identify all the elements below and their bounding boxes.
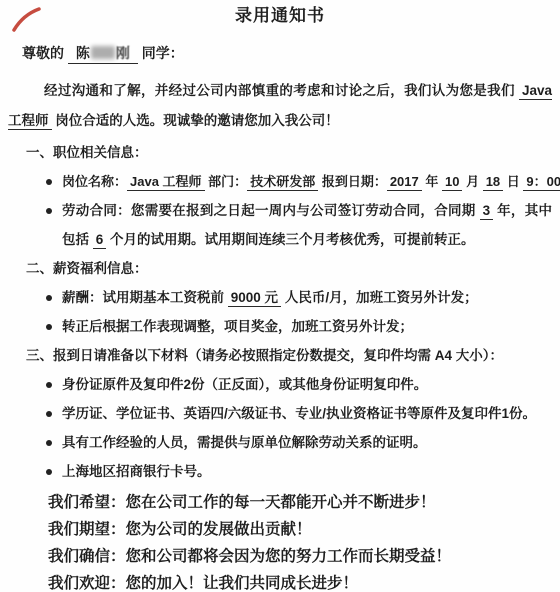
bullet-dot [46, 411, 52, 417]
salutation-line: 尊敬的 陈刚 同学： [22, 44, 552, 64]
salary-info-item: 薪酬：试用期基本工资税前 9000 元 人民币/月，加班工资另外计发； [38, 283, 552, 312]
material-item: 上海地区招商银行卡号。 [38, 457, 552, 486]
closing-line: 我们期望：您为公司的发展做出贡献！ [48, 516, 552, 543]
report-year-value: 2017 [387, 174, 422, 191]
offer-letter-document: 录用通知书 尊敬的 陈刚 同学： 经过沟通和了解，并经过公司内部慎重的考虑和讨论… [0, 6, 560, 592]
section1-heading: 一、职位相关信息： [26, 138, 552, 167]
red-pen-mark-icon [8, 6, 44, 34]
salary-adjust-item: 转正后根据工作表现调整，项目奖金，加班工资另外计发； [38, 312, 552, 341]
job-title-value: Java 工程师 [127, 174, 205, 191]
section2-heading: 二、薪资福利信息： [26, 254, 552, 283]
bullet-dot [46, 179, 52, 185]
contract-years-value: 3 [480, 203, 494, 220]
bullet-dot [46, 382, 52, 388]
report-day-value: 18 [483, 174, 503, 191]
closing-line: 我们希望：您在公司工作的每一天都能开心并不断进步！ [48, 489, 552, 516]
material-item: 身份证原件及复印件2份（正反面），或其他身份证明复印件。 [38, 370, 552, 399]
material-item: 学历证、学位证书、英语四/六级证书、专业/执业资格证书等原件及复印件1份。 [38, 399, 552, 428]
salutation-suffix: 同学： [142, 45, 184, 61]
document-title: 录用通知书 [8, 6, 552, 26]
closing-line: 我们欢迎：您的加入！让我们共同成长进步！ [48, 570, 552, 592]
material-item: 具有工作经验的人员，需提供与原单位解除劳动关系的证明。 [38, 428, 552, 457]
recipient-name: 陈刚 [68, 44, 138, 64]
bullet-dot [46, 208, 52, 214]
salary-amount-value: 9000 元 [228, 290, 281, 307]
bullet-dot [46, 440, 52, 446]
department-value: 技术研发部 [247, 174, 318, 191]
probation-months-value: 6 [93, 232, 107, 249]
contract-info-item: 劳动合同：您需要在报到之日起一周内与公司签订劳动合同，合同期 3 年，其中包括 … [38, 196, 552, 254]
report-month-value: 10 [442, 174, 462, 191]
closing-block: 我们希望：您在公司工作的每一天都能开心并不断进步！ 我们期望：您为公司的发展做出… [48, 489, 552, 592]
censored-name-blur [91, 46, 115, 59]
intro-paragraph: 经过沟通和了解，并经过公司内部慎重的考虑和讨论之后，我们认为您是我们 Java … [8, 76, 552, 136]
document-body: 一、职位相关信息： 岗位名称：Java 工程师 部门：技术研发部 报到日期：20… [8, 138, 552, 486]
closing-line: 我们确信：您和公司都将会因为您的努力工作而长期受益！ [48, 543, 552, 570]
salutation-prefix: 尊敬的 [22, 45, 64, 61]
position-info-item: 岗位名称：Java 工程师 部门：技术研发部 报到日期：2017 年 10 月 … [38, 167, 552, 196]
bullet-dot [46, 295, 52, 301]
bullet-dot [46, 324, 52, 330]
report-time-value: 9：00 [523, 174, 560, 191]
bullet-dot [46, 469, 52, 475]
section3-heading: 三、报到日请准备以下材料（请务必按照指定份数提交，复印件均需 A4 大小）： [26, 341, 552, 370]
